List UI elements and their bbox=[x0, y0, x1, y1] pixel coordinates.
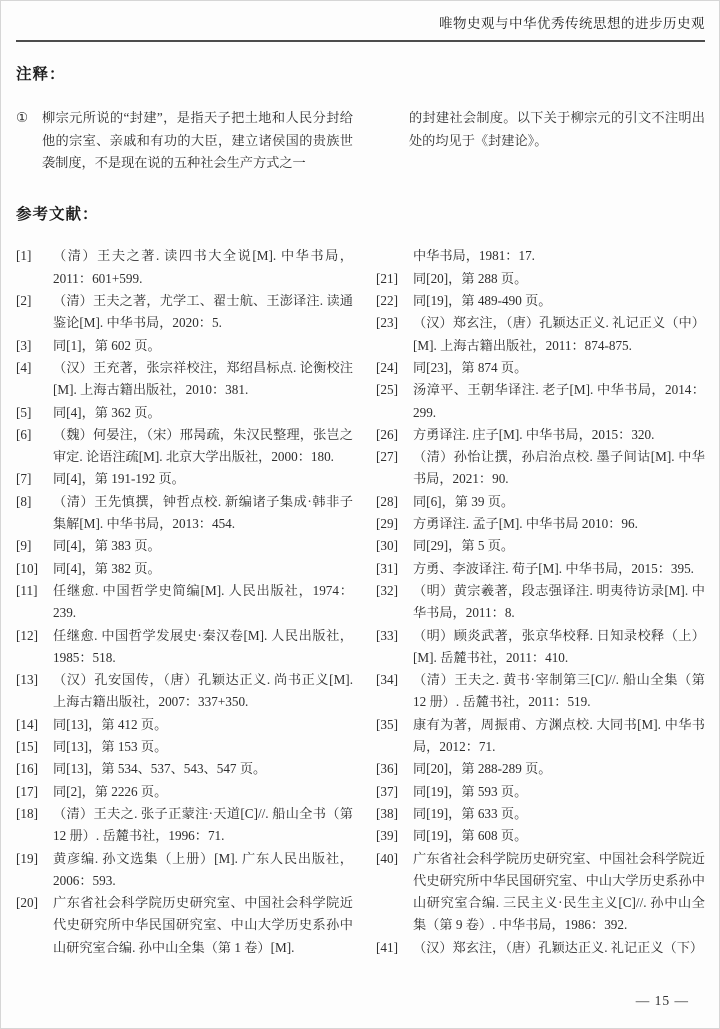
reference-entry: [17] 同[2]，第 2226 页。 bbox=[16, 781, 353, 803]
reference-text: （汉）郑玄注，（唐）孔颖达正义. 礼记正义（下） bbox=[406, 937, 705, 959]
reference-number bbox=[376, 245, 406, 267]
reference-number: [6] bbox=[16, 424, 46, 469]
reference-entry: [41] （汉）郑玄注，（唐）孔颖达正义. 礼记正义（下） bbox=[376, 937, 705, 959]
reference-text: （明）黄宗羲著，段志强译注. 明夷待访录[M]. 中华书局，2011：8. bbox=[406, 580, 705, 625]
reference-number: [32] bbox=[376, 580, 406, 625]
reference-entry: [26] 方勇译注. 庄子[M]. 中华书局，2015：320. bbox=[376, 424, 705, 446]
reference-number: [1] bbox=[16, 245, 46, 290]
reference-entry: [5] 同[4]，第 362 页。 bbox=[16, 402, 353, 424]
reference-text: （清）孙怡让撰，孙启治点校. 墨子间诂[M]. 中华书局，2021：90. bbox=[406, 446, 705, 491]
note-number-marker: ① bbox=[16, 107, 42, 174]
reference-number: [3] bbox=[16, 335, 46, 357]
reference-entry: [14] 同[13]，第 412 页。 bbox=[16, 714, 353, 736]
reference-number: [5] bbox=[16, 402, 46, 424]
reference-number: [8] bbox=[16, 491, 46, 536]
reference-entry: [34] （清）王夫之. 黄书·宰制第三[C]//. 船山全集（第 12 册）.… bbox=[376, 669, 705, 714]
note-text-right: 的封建社会制度。以下关于柳宗元的引文不注明出处的均见于《封建论》。 bbox=[376, 107, 705, 174]
reference-entry: [27] （清）孙怡让撰，孙启治点校. 墨子间诂[M]. 中华书局，2021：9… bbox=[376, 446, 705, 491]
note-left-column: ① 柳宗元所说的“封建”，是指天子把土地和人民分封给他的宗室、亲戚和有功的大臣，… bbox=[16, 107, 353, 174]
reference-entry: [13] （汉）孔安国传，（唐）孔颖达正义. 尚书正义[M]. 上海古籍出版社，… bbox=[16, 669, 353, 714]
reference-text: 汤漳平、王朝华译注. 老子[M]. 中华书局，2014：299. bbox=[406, 379, 705, 424]
reference-number: [9] bbox=[16, 535, 46, 557]
reference-text: 同[13]，第 412 页。 bbox=[46, 714, 353, 736]
reference-text: 同[4]，第 191-192 页。 bbox=[46, 468, 353, 490]
reference-number: [27] bbox=[376, 446, 406, 491]
reference-number: [25] bbox=[376, 379, 406, 424]
reference-text: 广东省社会科学院历史研究室、中国社会科学院近代史研究所中华民国研究室、中山大学历… bbox=[46, 892, 353, 959]
reference-entry: [38] 同[19]，第 633 页。 bbox=[376, 803, 705, 825]
note-item: ① 柳宗元所说的“封建”，是指天子把土地和人民分封给他的宗室、亲戚和有功的大臣，… bbox=[16, 107, 705, 174]
reference-entry: [30] 同[29]，第 5 页。 bbox=[376, 535, 705, 557]
reference-text: 广东省社会科学院历史研究室、中国社会科学院近代史研究所中华民国研究室、中山大学历… bbox=[406, 848, 705, 937]
document-page: 唯物史观与中华优秀传统思想的进步历史观 注释： ① 柳宗元所说的“封建”，是指天… bbox=[0, 0, 720, 1029]
notes-heading: 注释： bbox=[16, 64, 705, 86]
reference-entry: [37] 同[19]，第 593 页。 bbox=[376, 781, 705, 803]
reference-number: [31] bbox=[376, 558, 406, 580]
references-section: [1] （清）王夫之著. 读四书大全说[M]. 中华书局，2011：601+59… bbox=[16, 245, 705, 959]
reference-entry: [12] 任继愈. 中国哲学发展史·秦汉卷[M]. 人民出版社，1985：518… bbox=[16, 625, 353, 670]
reference-entry: [33] （明）顾炎武著，张京华校释. 日知录校释（上）[M]. 岳麓书社，20… bbox=[376, 625, 705, 670]
reference-text: 同[19]，第 633 页。 bbox=[406, 803, 705, 825]
reference-text: （汉）孔安国传，（唐）孔颖达正义. 尚书正义[M]. 上海古籍出版社，2007：… bbox=[46, 669, 353, 714]
reference-number: [30] bbox=[376, 535, 406, 557]
reference-text: （清）王夫之. 张子正蒙注·天道[C]//. 船山全书（第 12 册）. 岳麓书… bbox=[46, 803, 353, 848]
reference-text: （清）王夫之. 黄书·宰制第三[C]//. 船山全集（第 12 册）. 岳麓书社… bbox=[406, 669, 705, 714]
reference-entry: [29] 方勇译注. 孟子[M]. 中华书局 2010：96. bbox=[376, 513, 705, 535]
reference-number: [40] bbox=[376, 848, 406, 937]
reference-text: 同[19]，第 608 页。 bbox=[406, 825, 705, 847]
reference-number: [20] bbox=[16, 892, 46, 959]
reference-number: [19] bbox=[16, 848, 46, 893]
reference-text: 同[2]，第 2226 页。 bbox=[46, 781, 353, 803]
reference-number: [29] bbox=[376, 513, 406, 535]
reference-number: [26] bbox=[376, 424, 406, 446]
reference-entry: [3] 同[1]，第 602 页。 bbox=[16, 335, 353, 357]
reference-text: （汉）郑玄注，（唐）孔颖达正义. 礼记正义（中）[M]. 上海古籍出版社，201… bbox=[406, 312, 705, 357]
reference-number: [11] bbox=[16, 580, 46, 625]
reference-text: 同[20]，第 288 页。 bbox=[406, 268, 705, 290]
reference-text: 方勇译注. 庄子[M]. 中华书局，2015：320. bbox=[406, 424, 705, 446]
reference-text: 同[4]，第 382 页。 bbox=[46, 558, 353, 580]
reference-number: [4] bbox=[16, 357, 46, 402]
reference-text: 任继愈. 中国哲学史简编[M]. 人民出版社，1974：239. bbox=[46, 580, 353, 625]
reference-number: [15] bbox=[16, 736, 46, 758]
reference-number: [24] bbox=[376, 357, 406, 379]
reference-entry: [11] 任继愈. 中国哲学史简编[M]. 人民出版社，1974：239. bbox=[16, 580, 353, 625]
reference-entry: [40] 广东省社会科学院历史研究室、中国社会科学院近代史研究所中华民国研究室、… bbox=[376, 848, 705, 937]
reference-entry: [22] 同[19]，第 489-490 页。 bbox=[376, 290, 705, 312]
reference-text: 同[4]，第 362 页。 bbox=[46, 402, 353, 424]
reference-entry: [19] 黄彦编. 孙文选集（上册）[M]. 广东人民出版社，2006：593. bbox=[16, 848, 353, 893]
reference-entry: [23] （汉）郑玄注，（唐）孔颖达正义. 礼记正义（中）[M]. 上海古籍出版… bbox=[376, 312, 705, 357]
reference-entry: [21] 同[20]，第 288 页。 bbox=[376, 268, 705, 290]
reference-text: 同[13]，第 534、537、543、547 页。 bbox=[46, 758, 353, 780]
reference-number: [35] bbox=[376, 714, 406, 759]
reference-text: 同[4]，第 383 页。 bbox=[46, 535, 353, 557]
reference-entry: [24] 同[23]，第 874 页。 bbox=[376, 357, 705, 379]
reference-text: 任继愈. 中国哲学发展史·秦汉卷[M]. 人民出版社，1985：518. bbox=[46, 625, 353, 670]
reference-text: 同[1]，第 602 页。 bbox=[46, 335, 353, 357]
reference-entry: [18] （清）王夫之. 张子正蒙注·天道[C]//. 船山全书（第 12 册）… bbox=[16, 803, 353, 848]
reference-entry: 中华书局，1981：17. bbox=[376, 245, 705, 267]
reference-text: 康有为著，周振甫、方渊点校. 大同书[M]. 中华书局，2012：71. bbox=[406, 714, 705, 759]
reference-number: [39] bbox=[376, 825, 406, 847]
reference-entry: [1] （清）王夫之著. 读四书大全说[M]. 中华书局，2011：601+59… bbox=[16, 245, 353, 290]
references-left-column: [1] （清）王夫之著. 读四书大全说[M]. 中华书局，2011：601+59… bbox=[16, 245, 353, 959]
reference-entry: [4] （汉）王充著，张宗祥校注，郑绍昌标点. 论衡校注[M]. 上海古籍出版社… bbox=[16, 357, 353, 402]
reference-text: 同[20]，第 288-289 页。 bbox=[406, 758, 705, 780]
reference-text: 同[6]，第 39 页。 bbox=[406, 491, 705, 513]
reference-entry: [10] 同[4]，第 382 页。 bbox=[16, 558, 353, 580]
reference-entry: [7] 同[4]，第 191-192 页。 bbox=[16, 468, 353, 490]
reference-entry: [32] （明）黄宗羲著，段志强译注. 明夷待访录[M]. 中华书局，2011：… bbox=[376, 580, 705, 625]
note-text-left: 柳宗元所说的“封建”，是指天子把土地和人民分封给他的宗室、亲戚和有功的大臣，建立… bbox=[42, 107, 353, 174]
reference-text: （魏）何晏注，（宋）邢昺疏，朱汉民整理，张岂之审定. 论语注疏[M]. 北京大学… bbox=[46, 424, 353, 469]
reference-text: 同[23]，第 874 页。 bbox=[406, 357, 705, 379]
reference-number: [36] bbox=[376, 758, 406, 780]
reference-text: （清）王夫之著，尤学工、翟士航、王澎译注. 读通鉴论[M]. 中华书局，2020… bbox=[46, 290, 353, 335]
reference-number: [16] bbox=[16, 758, 46, 780]
reference-number: [13] bbox=[16, 669, 46, 714]
reference-number: [14] bbox=[16, 714, 46, 736]
reference-entry: [31] 方勇、李波译注. 荀子[M]. 中华书局，2015：395. bbox=[376, 558, 705, 580]
reference-number: [33] bbox=[376, 625, 406, 670]
reference-text: 同[19]，第 489-490 页。 bbox=[406, 290, 705, 312]
reference-text: 中华书局，1981：17. bbox=[406, 245, 705, 267]
reference-entry: [15] 同[13]，第 153 页。 bbox=[16, 736, 353, 758]
running-header: 唯物史观与中华优秀传统思想的进步历史观 bbox=[16, 1, 705, 42]
reference-entry: [28] 同[6]，第 39 页。 bbox=[376, 491, 705, 513]
reference-number: [38] bbox=[376, 803, 406, 825]
reference-text: （清）王先慎撰，钟哲点校. 新编诸子集成·韩非子集解[M]. 中华书局，2013… bbox=[46, 491, 353, 536]
reference-number: [7] bbox=[16, 468, 46, 490]
reference-entry: [16] 同[13]，第 534、537、543、547 页。 bbox=[16, 758, 353, 780]
reference-entry: [36] 同[20]，第 288-289 页。 bbox=[376, 758, 705, 780]
reference-number: [2] bbox=[16, 290, 46, 335]
reference-number: [12] bbox=[16, 625, 46, 670]
reference-number: [18] bbox=[16, 803, 46, 848]
reference-number: [41] bbox=[376, 937, 406, 959]
reference-entry: [39] 同[19]，第 608 页。 bbox=[376, 825, 705, 847]
reference-text: 方勇译注. 孟子[M]. 中华书局 2010：96. bbox=[406, 513, 705, 535]
references-heading: 参考文献： bbox=[16, 204, 705, 226]
reference-entry: [35] 康有为著，周振甫、方渊点校. 大同书[M]. 中华书局，2012：71… bbox=[376, 714, 705, 759]
reference-entry: [6] （魏）何晏注，（宋）邢昺疏，朱汉民整理，张岂之审定. 论语注疏[M]. … bbox=[16, 424, 353, 469]
reference-entry: [9] 同[4]，第 383 页。 bbox=[16, 535, 353, 557]
reference-entry: [2] （清）王夫之著，尤学工、翟士航、王澎译注. 读通鉴论[M]. 中华书局，… bbox=[16, 290, 353, 335]
reference-text: 同[19]，第 593 页。 bbox=[406, 781, 705, 803]
reference-text: 方勇、李波译注. 荀子[M]. 中华书局，2015：395. bbox=[406, 558, 705, 580]
reference-number: [28] bbox=[376, 491, 406, 513]
reference-number: [37] bbox=[376, 781, 406, 803]
reference-number: [22] bbox=[376, 290, 406, 312]
reference-text: （汉）王充著，张宗祥校注，郑绍昌标点. 论衡校注[M]. 上海古籍出版社，201… bbox=[46, 357, 353, 402]
reference-number: [34] bbox=[376, 669, 406, 714]
reference-number: [17] bbox=[16, 781, 46, 803]
references-right-column: 中华书局，1981：17. [21] 同[20]，第 288 页。 [22] 同… bbox=[376, 245, 705, 959]
reference-text: （清）王夫之著. 读四书大全说[M]. 中华书局，2011：601+599. bbox=[46, 245, 353, 290]
reference-number: [21] bbox=[376, 268, 406, 290]
running-header-title: 唯物史观与中华优秀传统思想的进步历史观 bbox=[439, 13, 705, 35]
reference-text: 同[13]，第 153 页。 bbox=[46, 736, 353, 758]
reference-number: [10] bbox=[16, 558, 46, 580]
reference-number: [23] bbox=[376, 312, 406, 357]
reference-entry: [25] 汤漳平、王朝华译注. 老子[M]. 中华书局，2014：299. bbox=[376, 379, 705, 424]
reference-entry: [20] 广东省社会科学院历史研究室、中国社会科学院近代史研究所中华民国研究室、… bbox=[16, 892, 353, 959]
reference-entry: [8] （清）王先慎撰，钟哲点校. 新编诸子集成·韩非子集解[M]. 中华书局，… bbox=[16, 491, 353, 536]
reference-text: 同[29]，第 5 页。 bbox=[406, 535, 705, 557]
footer-page-number: — 15 — bbox=[636, 990, 689, 1012]
reference-text: （明）顾炎武著，张京华校释. 日知录校释（上）[M]. 岳麓书社，2011：41… bbox=[406, 625, 705, 670]
reference-text: 黄彦编. 孙文选集（上册）[M]. 广东人民出版社，2006：593. bbox=[46, 848, 353, 893]
